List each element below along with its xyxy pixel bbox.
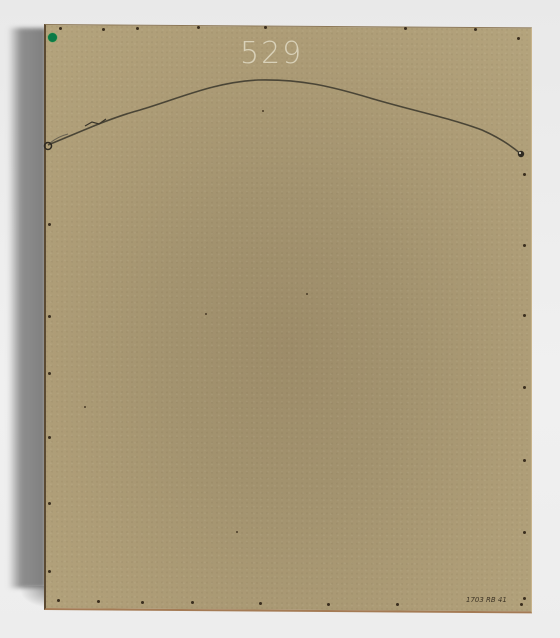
- nail-top: [404, 27, 407, 30]
- board-blemish: [236, 531, 238, 533]
- nail-bottom: [97, 600, 100, 603]
- nail-top: [264, 26, 267, 29]
- board-blemish: [306, 293, 308, 295]
- nail-left: [48, 436, 51, 439]
- nail-right: [523, 244, 526, 247]
- nail-right: [523, 597, 526, 600]
- handwritten-note: 1703 RB 41: [466, 596, 507, 604]
- hanging-wire: [0, 0, 560, 638]
- nail-bottom: [191, 601, 194, 604]
- nail-top: [474, 28, 477, 31]
- nail-left: [48, 372, 51, 375]
- board-blemish: [262, 110, 264, 112]
- nail-top: [517, 37, 520, 40]
- nail-left: [48, 315, 51, 318]
- nail-right: [523, 531, 526, 534]
- nail-bottom: [141, 601, 144, 604]
- nail-right: [523, 173, 526, 176]
- nail-top: [102, 28, 105, 31]
- nail-top: [197, 26, 200, 29]
- nail-right: [523, 459, 526, 462]
- nail-bottom: [57, 599, 60, 602]
- nail-left: [48, 502, 51, 505]
- board-blemish: [84, 406, 86, 408]
- nail-right: [523, 314, 526, 317]
- nail-right: [523, 386, 526, 389]
- board-blemish: [205, 313, 207, 315]
- nail-top: [59, 27, 62, 30]
- nail-bottom: [396, 603, 399, 606]
- nail-bottom: [327, 603, 330, 606]
- nail-left: [48, 223, 51, 226]
- nail-top: [136, 27, 139, 30]
- nail-bottom: [520, 603, 523, 606]
- right-wire-hook: [518, 151, 524, 157]
- nail-bottom: [259, 602, 262, 605]
- nail-left: [48, 570, 51, 573]
